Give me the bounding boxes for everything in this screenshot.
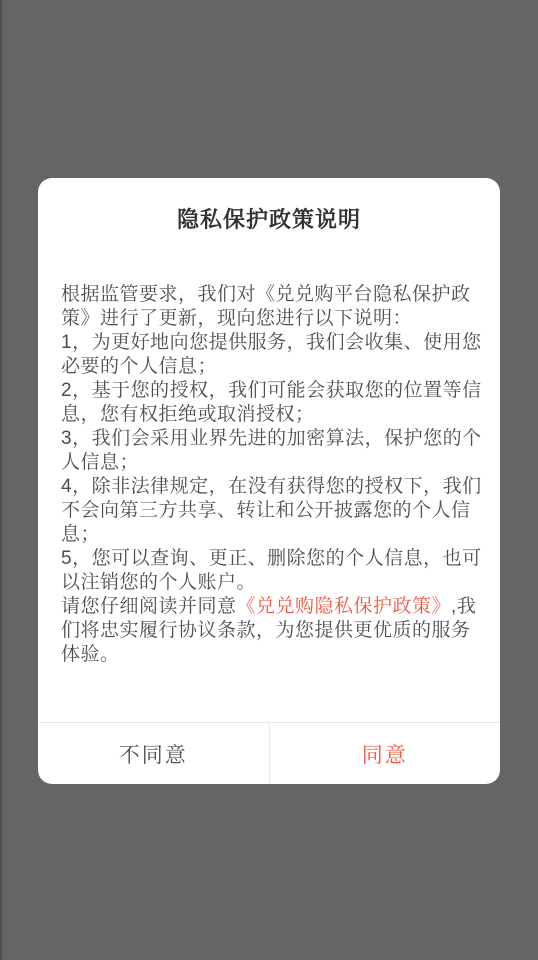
policy-text-line: 根据监管要求，我们对《兑兑购平台隐私保护政 — [61, 283, 477, 307]
policy-text-line: 体验。 — [61, 643, 477, 667]
policy-text-line: 以注销您的个人账户。 — [61, 571, 477, 595]
modal-overlay: 隐私保护政策说明 根据监管要求，我们对《兑兑购平台隐私保护政策》进行了更新，现向… — [0, 0, 538, 960]
policy-text-segment: 以注销您的个人账户。 — [61, 572, 256, 593]
policy-text-segment: 1，为更好地向您提供服务，我们会收集、使用您 — [61, 332, 482, 353]
policy-text-line: 3，我们会采用业界先进的加密算法，保护您的个 — [61, 427, 477, 451]
policy-text-segment: 4，除非法律规定，在没有获得您的授权下，我们 — [61, 476, 482, 497]
button-row: 不同意 同意 — [38, 723, 500, 784]
policy-text-segment: 体验。 — [61, 644, 120, 665]
policy-text-segment: ,我 — [451, 596, 476, 617]
policy-text-segment: 5，您可以查询、更正、删除您的个人信息，也可 — [61, 548, 482, 569]
policy-text-segment: 们将忠实履行协议条款，为您提供更优质的服务 — [61, 620, 471, 641]
dialog-title: 隐私保护政策说明 — [38, 208, 500, 232]
policy-text-line: 2，基于您的授权，我们可能会获取您的位置等信 — [61, 379, 477, 403]
policy-text: 根据监管要求，我们对《兑兑购平台隐私保护政策》进行了更新，现向您进行以下说明：1… — [38, 283, 500, 667]
policy-text-segment: 不会向第三方共享、转让和公开披露您的个人信 — [61, 500, 471, 521]
policy-text-line: 息，您有权拒绝或取消授权； — [61, 403, 477, 427]
policy-text-line: 4，除非法律规定，在没有获得您的授权下，我们 — [61, 475, 477, 499]
policy-text-line: 们将忠实履行协议条款，为您提供更优质的服务 — [61, 619, 477, 643]
policy-text-line: 息； — [61, 523, 477, 547]
privacy-policy-dialog: 隐私保护政策说明 根据监管要求，我们对《兑兑购平台隐私保护政策》进行了更新，现向… — [38, 178, 500, 784]
policy-text-segment: 人信息； — [61, 452, 139, 473]
policy-text-line: 不会向第三方共享、转让和公开披露您的个人信 — [61, 499, 477, 523]
privacy-policy-link[interactable]: 《兑兑购隐私保护政策》 — [237, 596, 452, 617]
policy-text-line: 策》进行了更新，现向您进行以下说明： — [61, 307, 477, 331]
policy-text-line: 请您仔细阅读并同意《兑兑购隐私保护政策》,我 — [61, 595, 477, 619]
policy-text-segment: 3，我们会采用业界先进的加密算法，保护您的个 — [61, 428, 482, 449]
policy-text-line: 人信息； — [61, 451, 477, 475]
policy-text-segment: 息； — [61, 524, 100, 545]
policy-text-segment: 请您仔细阅读并同意 — [61, 596, 237, 617]
policy-text-line: 5，您可以查询、更正、删除您的个人信息，也可 — [61, 547, 477, 571]
policy-text-segment: 根据监管要求，我们对《兑兑购平台隐私保护政 — [61, 284, 471, 305]
left-edge-strip — [0, 0, 2, 960]
policy-text-line: 1，为更好地向您提供服务，我们会收集、使用您 — [61, 331, 477, 355]
policy-text-segment: 策》进行了更新，现向您进行以下说明： — [61, 308, 412, 329]
policy-text-segment: 2，基于您的授权，我们可能会获取您的位置等信 — [61, 380, 482, 401]
agree-button[interactable]: 同意 — [270, 723, 501, 784]
disagree-button[interactable]: 不同意 — [38, 723, 269, 784]
policy-text-segment: 必要的个人信息； — [61, 356, 217, 377]
policy-text-line: 必要的个人信息； — [61, 355, 477, 379]
policy-text-segment: 息，您有权拒绝或取消授权； — [61, 404, 315, 425]
